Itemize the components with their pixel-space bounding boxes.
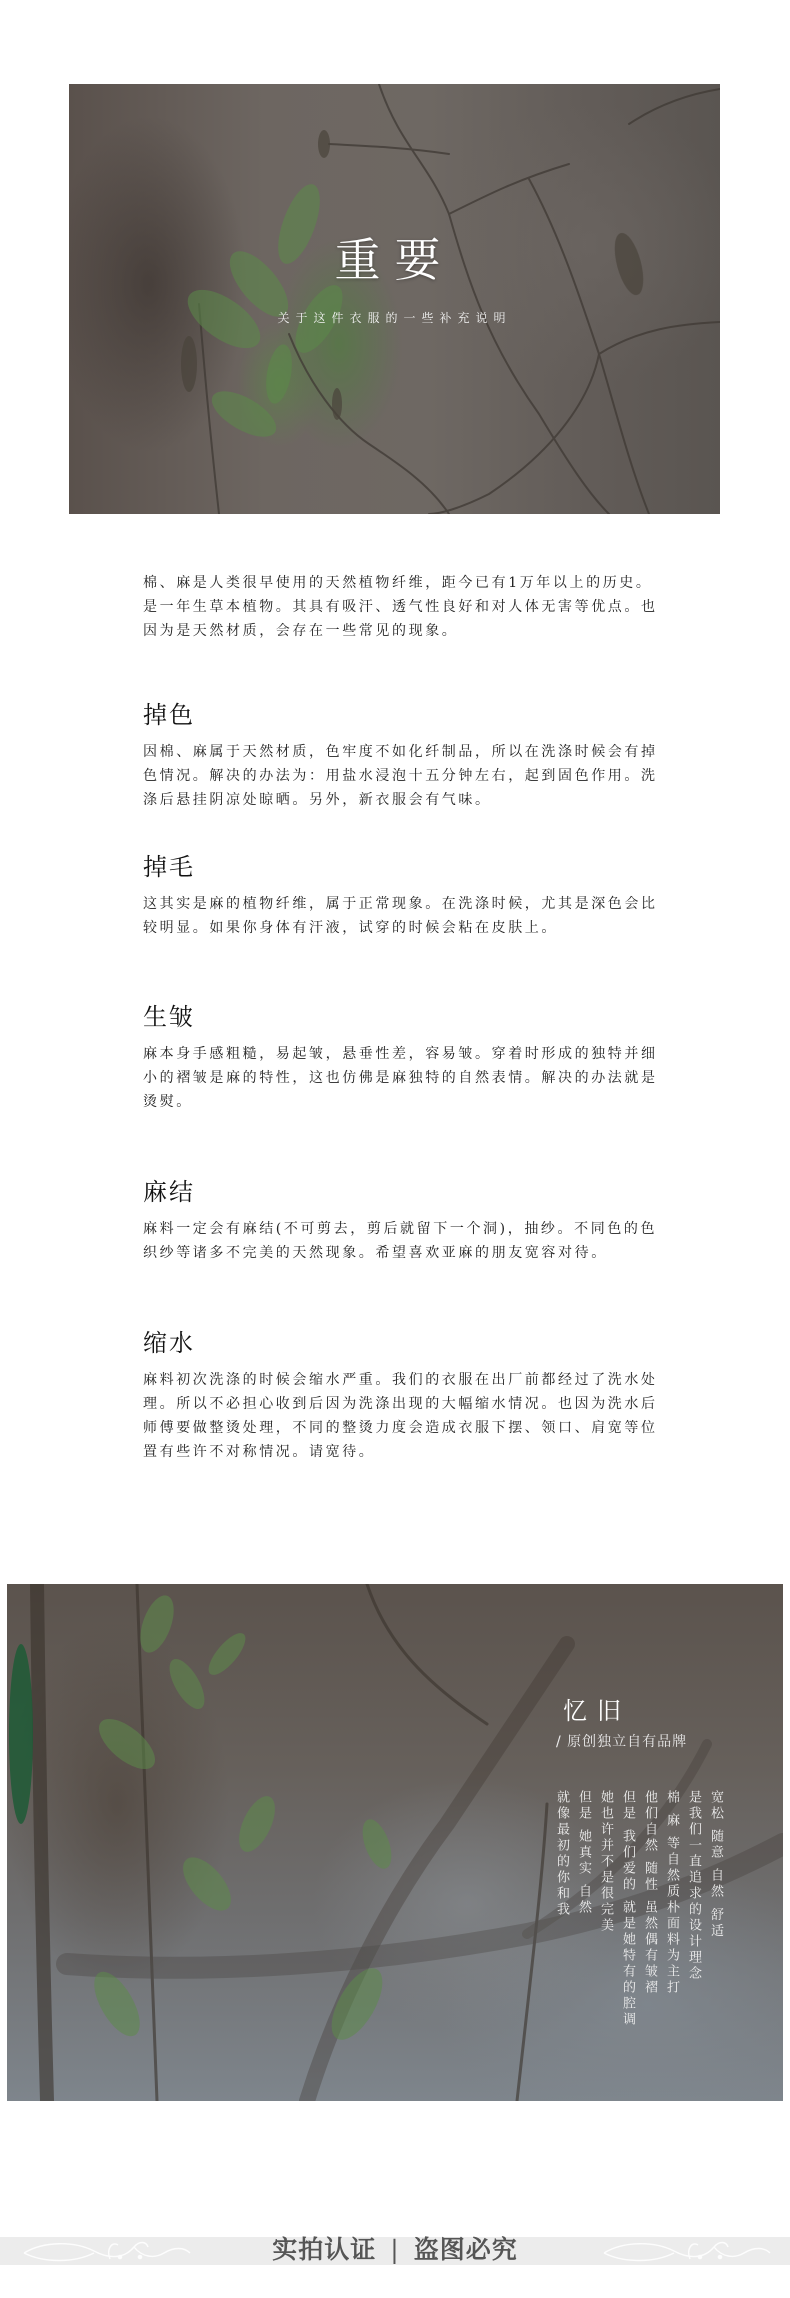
hero-subtitle: 关于这件衣服的一些补充说明 — [69, 309, 720, 326]
poem-line: 但是 我们爱的 就是她特有的腔调 — [616, 1790, 638, 2028]
brand-photo: 忆旧 / 原创独立自有品牌 宽松 随意 自然 舒适 是我们一直追求的设计理念 棉… — [7, 1584, 783, 2101]
section-body: 麻本身手感粗糙，易起皱，悬垂性差，容易皱。穿着时形成的独特并细小的褶皱是麻的特性… — [143, 1042, 663, 1114]
poem-line: 是我们一直追求的设计理念 — [682, 1790, 704, 2028]
section-body: 这其实是麻的植物纤维，属于正常现象。在洗涤时候，尤其是深色会比较明显。如果你身体… — [143, 892, 663, 940]
branch-illustration — [69, 84, 720, 514]
footer-notice: 实拍认证|盗图必究 — [0, 2233, 790, 2267]
brand-name: 忆旧 — [563, 1691, 631, 1726]
poem-line: 但是 她真实 自然 — [572, 1790, 594, 2028]
hero-photo: 重要 关于这件衣服的一些补充说明 — [69, 84, 720, 514]
poem-line: 她也许并不是很完美 — [594, 1790, 616, 2028]
hero-title: 重要 — [69, 224, 720, 290]
section-shrinkage: 缩水 麻料初次洗涤的时候会缩水严重。我们的衣服在出厂前都经过了洗水处理。所以不必… — [143, 1328, 663, 1464]
section-shedding: 掉毛 这其实是麻的植物纤维，属于正常现象。在洗涤时候，尤其是深色会比较明显。如果… — [143, 852, 663, 940]
section-heading: 掉色 — [143, 700, 663, 730]
section-heading: 缩水 — [143, 1328, 663, 1358]
section-heading: 麻结 — [143, 1177, 663, 1207]
brand-poem: 宽松 随意 自然 舒适 是我们一直追求的设计理念 棉 麻 等自然质朴面料为主打 … — [550, 1790, 726, 2028]
footer-separator: | — [390, 2233, 399, 2267]
poem-line: 宽松 随意 自然 舒适 — [704, 1790, 726, 2028]
section-body: 因棉、麻属于天然材质，色牢度不如化纤制品，所以在洗涤时候会有掉色情况。解决的办法… — [143, 740, 663, 812]
section-heading: 掉毛 — [143, 852, 663, 882]
poem-line: 就像最初的你和我 — [550, 1790, 572, 2028]
intro-paragraph: 棉、麻是人类很早使用的天然植物纤维，距今已有1万年以上的历史。是一年生草本植物。… — [143, 571, 663, 643]
section-slubs: 麻结 麻料一定会有麻结(不可剪去，剪后就留下一个洞)，抽纱。不同色的色织纱等诸多… — [143, 1177, 663, 1265]
poem-line: 棉 麻 等自然质朴面料为主打 — [660, 1790, 682, 2028]
section-fading: 掉色 因棉、麻属于天然材质，色牢度不如化纤制品，所以在洗涤时候会有掉色情况。解决… — [143, 700, 663, 812]
section-body: 麻料一定会有麻结(不可剪去，剪后就留下一个洞)，抽纱。不同色的色织纱等诸多不完美… — [143, 1217, 663, 1265]
brand-tagline: / 原创独立自有品牌 — [556, 1731, 687, 1751]
section-wrinkling: 生皱 麻本身手感粗糙，易起皱，悬垂性差，容易皱。穿着时形成的独特并细小的褶皱是麻… — [143, 1002, 663, 1114]
poem-line: 他们自然 随性 虽然偶有皱褶 — [638, 1790, 660, 2028]
footer-left-text: 实拍认证 — [272, 2235, 376, 2264]
footer-right-text: 盗图必究 — [414, 2235, 518, 2264]
section-body: 麻料初次洗涤的时候会缩水严重。我们的衣服在出厂前都经过了洗水处理。所以不必担心收… — [143, 1368, 663, 1464]
section-heading: 生皱 — [143, 1002, 663, 1032]
